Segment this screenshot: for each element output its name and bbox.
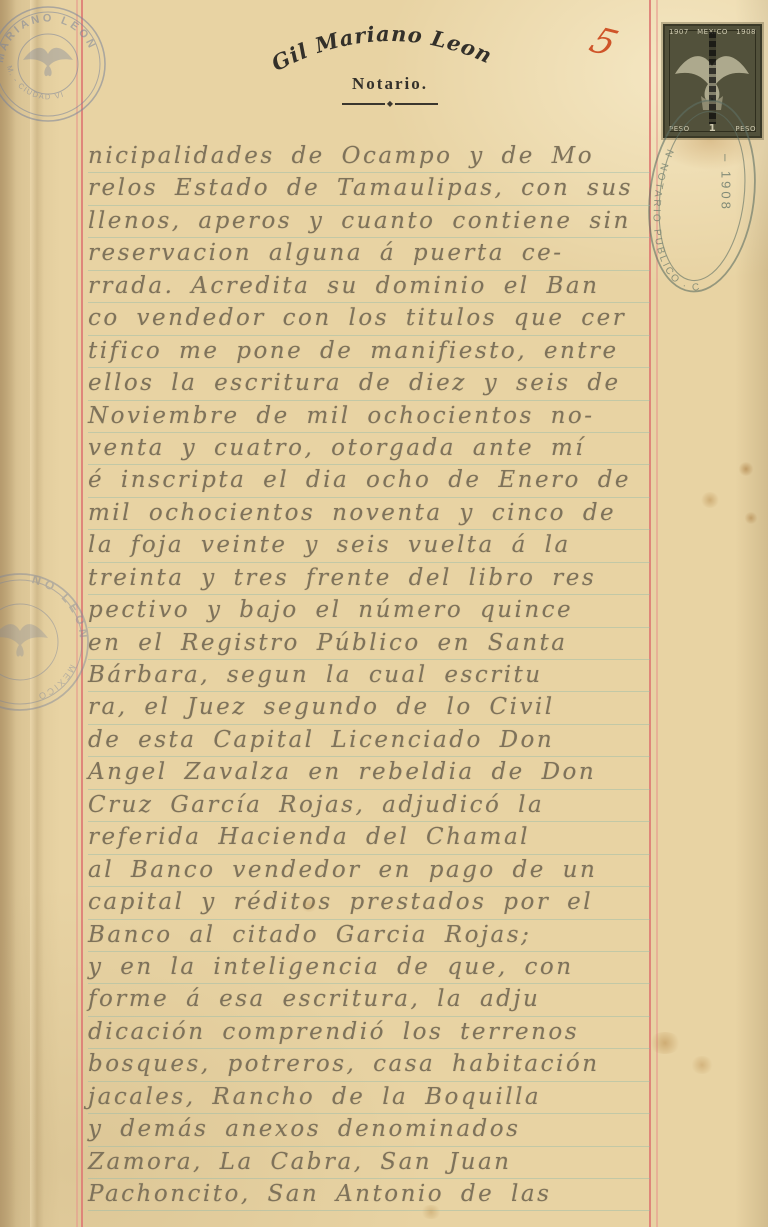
seal-arc-bottom-text: MEXICO (35, 663, 77, 702)
manuscript-line: Banco al citado Garcia Rojas; (88, 920, 650, 952)
svg-text:N NOTARIO PUBLICO · C: N NOTARIO PUBLICO · C (640, 147, 719, 295)
manuscript-line: jacales, Rancho de la Boquilla (88, 1082, 650, 1114)
manuscript-line: al Banco vendedor en pago de un (88, 855, 650, 887)
manuscript-line: relos Estado de Tamaulipas, con sus (88, 173, 650, 205)
manuscript-line: ra, el Juez segundo de lo Civil (88, 692, 650, 724)
divider-line (342, 103, 385, 105)
manuscript-line: Cruz García Rojas, adjudicó la (88, 790, 650, 822)
manuscript-line: é inscripta el dia ocho de Enero de (88, 465, 650, 497)
manuscript-line: Noviembre de mil ochocientos no- (88, 401, 650, 433)
manuscript-line: Pachoncito, San Antonio de las (88, 1179, 650, 1211)
seal-arc-bottom-text: M. - CIUDAD VI (5, 64, 66, 101)
manuscript-line: en el Registro Público en Santa (88, 628, 650, 660)
stamp-year-left: 1907 (669, 28, 689, 36)
manuscript-line: forme á esa escritura, la adju (88, 984, 650, 1016)
letterhead: Gil Mariano Leon Notario. ◆ (250, 16, 530, 106)
manuscript-line: tifico me pone de manifiesto, entre (88, 336, 650, 368)
svg-text:MEXICO: MEXICO (35, 663, 77, 702)
manuscript-line: bosques, potreros, casa habitación (88, 1049, 650, 1081)
manuscript-line: capital y réditos prestados por el (88, 887, 650, 919)
foxing-spot (420, 1205, 442, 1219)
notary-seal-mid-left: NO LEON MEXICO (0, 570, 92, 716)
letterhead-arc: Gil Mariano Leon (258, 18, 522, 80)
svg-text:Gil Mariano Leon: Gil Mariano Leon (267, 21, 496, 76)
manuscript-line: treinta y tres frente del libro res (88, 563, 650, 595)
manuscript-line: la foja veinte y seis vuelta á la (88, 530, 650, 562)
seal-eagle-icon (23, 48, 73, 76)
stamp-year-right: 1908 (736, 28, 756, 36)
foxing-spot (744, 512, 758, 524)
cancellation-arc-text: N NOTARIO PUBLICO · C (640, 147, 719, 295)
manuscript-line: co vendedor con los titulos que cer (88, 303, 650, 335)
manuscript-line: nicipalidades de Ocampo y de Mo (88, 141, 650, 173)
manuscript-line: y demás anexos denominados (88, 1114, 650, 1146)
notary-title: Notario. (250, 74, 530, 94)
notary-name: Gil Mariano Leon (267, 21, 496, 76)
seal-eagle-icon (0, 624, 48, 656)
divider-ornament-icon: ◆ (385, 100, 395, 108)
foxing-spot (300, 898, 318, 912)
svg-text:M. - CIUDAD VI: M. - CIUDAD VI (5, 64, 66, 101)
manuscript-line: reservacion alguna á puerta ce- (88, 238, 650, 270)
manuscript-line: y en la inteligencia de que, con (88, 952, 650, 984)
cancellation-year: – 1908 (718, 154, 733, 212)
foxing-spot (738, 462, 754, 476)
manuscript-line: Bárbara, segun la cual escritu (88, 660, 650, 692)
foxing-spot (648, 1032, 682, 1054)
manuscript-line: referida Hacienda del Chamal (88, 822, 650, 854)
folio-page-number: 5 (583, 21, 624, 64)
manuscript-line: llenos, aperos y cuanto contiene sin (88, 206, 650, 238)
manuscript-line: mil ochocientos noventa y cinco de (88, 498, 650, 530)
manuscript-line: Angel Zavalza en rebeldia de Don (88, 757, 650, 789)
notary-seal-top-left: MARIANO LEON M. - CIUDAD VI (0, 2, 123, 132)
manuscript-line: pectivo y bajo el número quince (88, 595, 650, 627)
foxing-spot (690, 1056, 714, 1074)
divider-line (395, 103, 438, 105)
letterhead-divider: ◆ (342, 100, 438, 108)
manuscript-line: ellos la escritura de diez y seis de (88, 368, 650, 400)
foxing-spot (700, 492, 720, 508)
manuscript-line: venta y cuatro, otorgada ante mí (88, 433, 650, 465)
manuscript-line: dicación comprendió los terrenos (88, 1017, 650, 1049)
manuscript-line: Zamora, La Cabra, San Juan (88, 1147, 650, 1179)
manuscript-body: nicipalidades de Ocampo y de Mo relos Es… (88, 141, 650, 1211)
manuscript-line: rrada. Acredita su dominio el Ban (88, 271, 650, 303)
manuscript-line: de esta Capital Licenciado Don (88, 725, 650, 757)
notarial-document-page: MARIANO LEON M. - CIUDAD VI NO LEON MEXI… (0, 0, 768, 1227)
